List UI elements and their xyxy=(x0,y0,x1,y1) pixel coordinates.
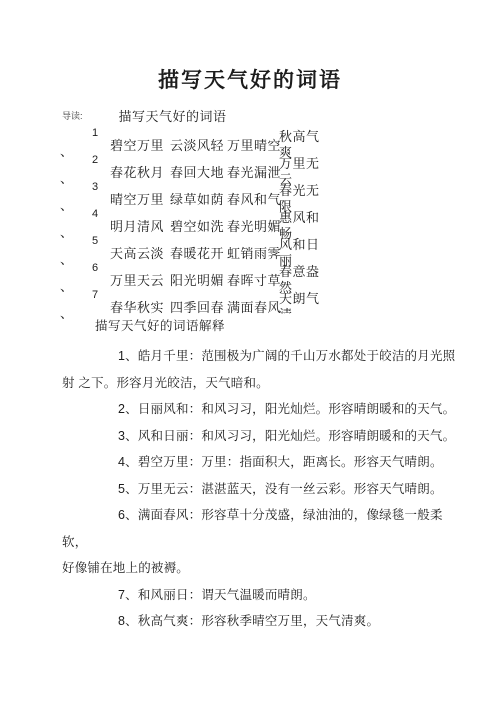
intro-label: 导读: xyxy=(62,109,100,122)
word-cell: 碧空万里 xyxy=(110,135,164,154)
word-cell: 春暖花开 xyxy=(170,243,224,262)
word-cell: 春光漏泄 xyxy=(227,162,281,181)
explanation-line: 1、皓月千里：范围极为广阔的千山万水都处于皎洁的月光照 xyxy=(62,343,446,370)
row-number: 2 xyxy=(92,154,98,166)
row-number: 1 xyxy=(92,127,98,139)
word-cell: 万里晴空 xyxy=(227,135,281,154)
explanation-section: 描写天气好的词语解释 1、皓月千里：范围极为广阔的千山万水都处于皎洁的月光照 射… xyxy=(62,317,446,635)
word-cell: 春华秋实 xyxy=(110,297,164,316)
word-row: 、 2 春花秋月 春回大地 春光漏泄 万里无云 xyxy=(60,155,442,182)
word-cell: 春风和气 xyxy=(227,189,281,208)
page-title: 描写天气好的词语 xyxy=(0,64,500,94)
word-cell: 晴空万里 xyxy=(110,189,164,208)
explanation-line: 3、风和日丽：和风习习，阳光灿烂。形容晴朗暖和的天气。 xyxy=(62,423,446,450)
word-row: 、 6 万里天云 阳光明媚 春晖寸草 春意盎然 xyxy=(60,263,442,290)
word-cell: 春花秋月 xyxy=(110,162,164,181)
word-row: 、 3 晴空万里 绿草如荫 春风和气 春光无限 xyxy=(60,182,442,209)
row-number: 3 xyxy=(92,181,98,193)
word-row: 、 4 明月清风 碧空如洗 春光明媚 惠风和畅 xyxy=(60,209,442,236)
explanation-heading: 描写天气好的词语解释 xyxy=(62,317,446,343)
wrap-word-cell: 天朗气清 xyxy=(279,291,324,314)
row-number: 6 xyxy=(92,262,98,274)
word-row: 、 1 碧空万里 云淡风轻 万里晴空 秋高气爽 xyxy=(60,128,442,155)
word-cell: 虹销雨霁 xyxy=(227,243,281,262)
word-cell: 绿草如荫 xyxy=(170,189,224,208)
explanation-line: 软， xyxy=(62,529,446,556)
word-cell: 春回大地 xyxy=(170,162,224,181)
word-cell: 春晖寸草 xyxy=(227,270,281,289)
row-number: 4 xyxy=(92,208,98,220)
document-page: 描写天气好的词语 导读: 描写天气好的词语 、 1 碧空万里 云淡风轻 万里晴空… xyxy=(0,0,500,708)
word-cell: 天高云淡 xyxy=(110,243,164,262)
row-number: 7 xyxy=(92,289,98,301)
word-cell: 明月清风 xyxy=(110,216,164,235)
word-cell: 满面春风 xyxy=(227,297,281,316)
explanation-line: 好像铺在地上的被褥。 xyxy=(62,555,446,582)
explanation-line: 7、和风丽日：谓天气温暖而晴朗。 xyxy=(62,582,446,609)
word-cell: 阳光明媚 xyxy=(170,270,224,289)
word-cell: 云淡风轻 xyxy=(170,135,224,154)
explanation-line: 5、万里无云：湛湛蓝天，没有一丝云彩。形容天气晴朗。 xyxy=(62,476,446,503)
word-row: 、 7 春华秋实 四季回春 满面春风 天朗气清 xyxy=(60,290,442,317)
word-cell: 四季回春 xyxy=(170,297,224,316)
explanation-line: 4、碧空万里：万里：指面积大，距离长。形容天气晴朗。 xyxy=(62,449,446,476)
word-row: 、 5 天高云淡 春暖花开 虹销雨霁 风和日丽 xyxy=(60,236,442,263)
explanation-line: 2、日丽风和：和风习习，阳光灿烂。形容晴朗暖和的天气。 xyxy=(62,396,446,423)
word-table: 、 1 碧空万里 云淡风轻 万里晴空 秋高气爽 、 2 春花秋月 春回大地 春光… xyxy=(60,128,442,323)
explanation-line: 6、满面春风：形容草十分茂盛，绿油油的，像绿毯一般柔 xyxy=(62,502,446,529)
explanation-line: 射 之下。形容月光皎洁，天气暗和。 xyxy=(62,370,446,397)
row-number: 5 xyxy=(92,235,98,247)
intro-row: 导读: 描写天气好的词语 xyxy=(62,106,226,126)
word-cell: 春光明媚 xyxy=(227,216,281,235)
explanation-line: 8、秋高气爽：形容秋季晴空万里，天气清爽。 xyxy=(62,608,446,635)
word-cell: 碧空如洗 xyxy=(170,216,224,235)
intro-text: 描写天气好的词语 xyxy=(118,109,226,124)
word-cell: 万里天云 xyxy=(110,270,164,289)
